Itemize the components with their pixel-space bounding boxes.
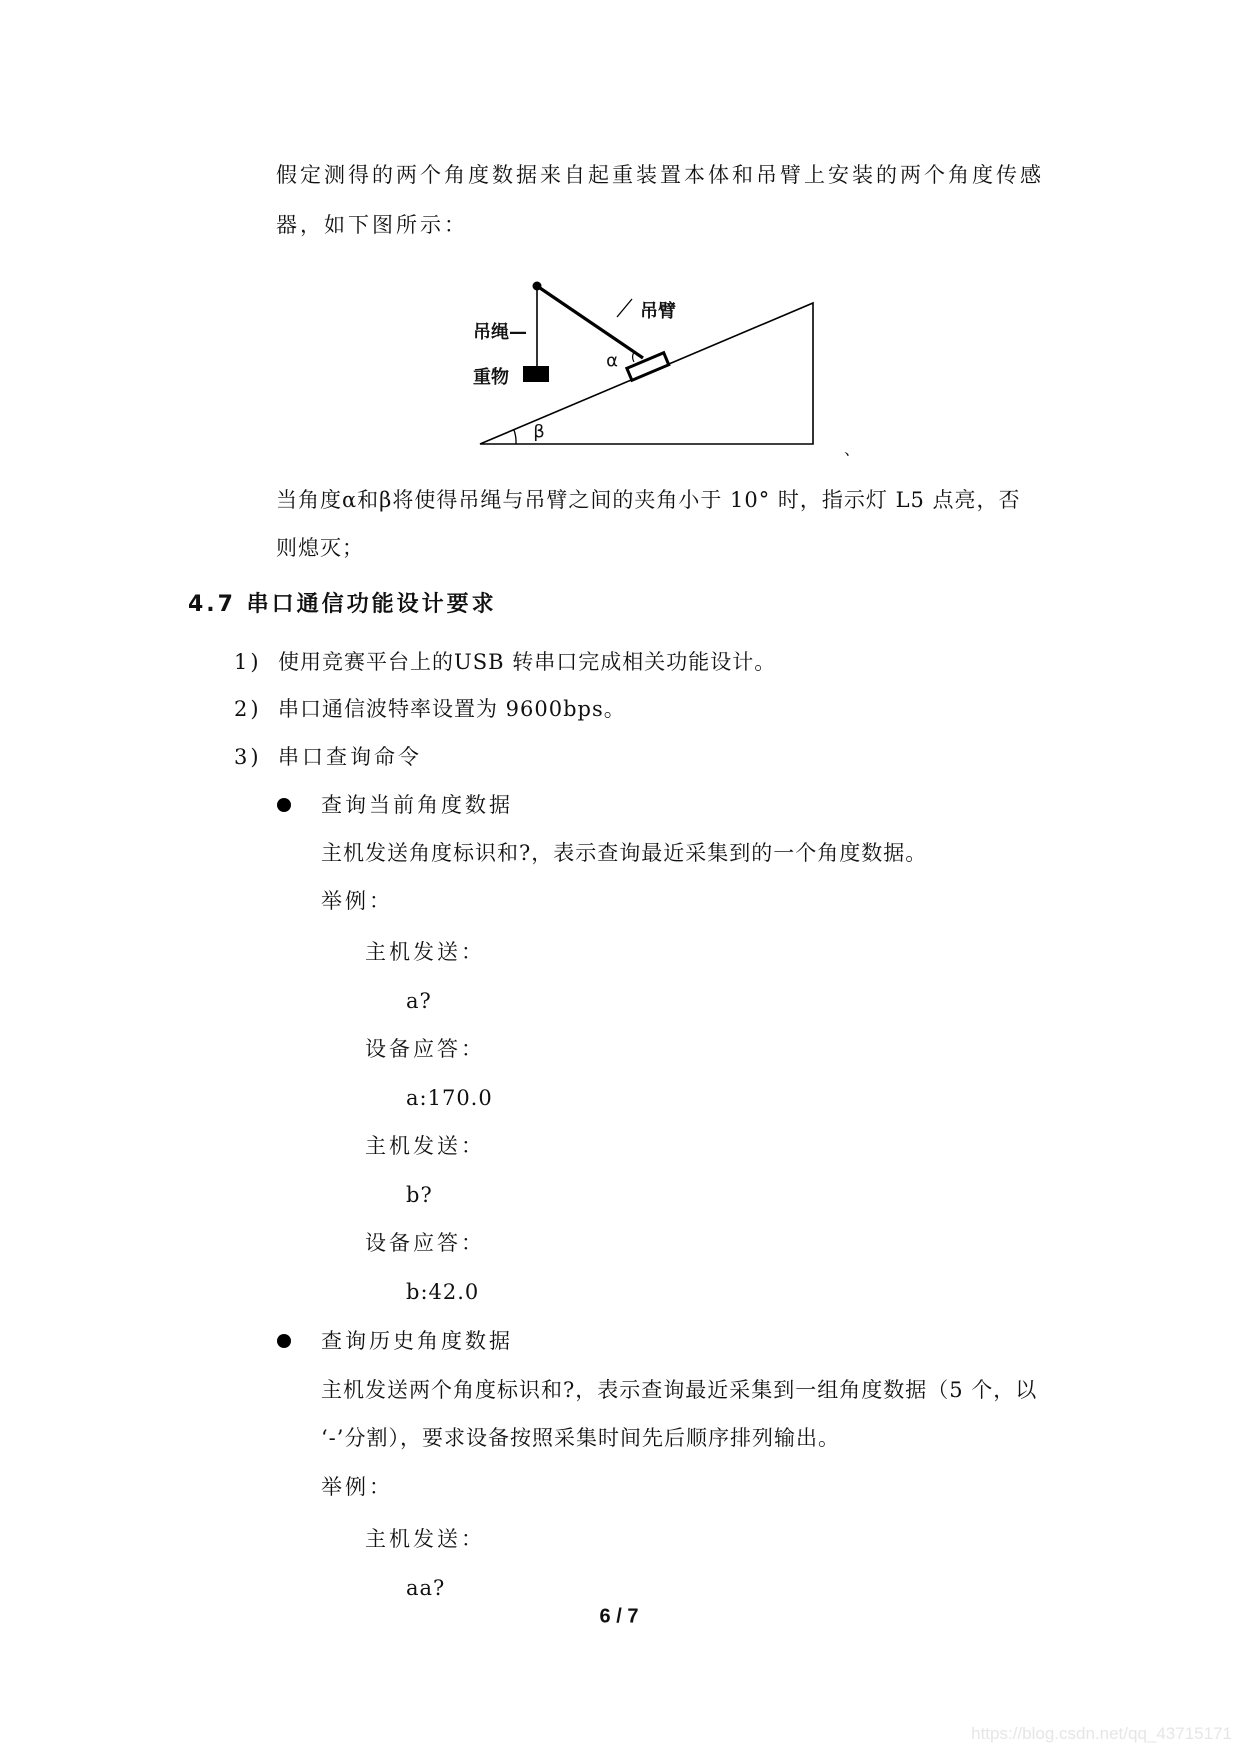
bullet-description: ‘-’分割），要求设备按照采集时间先后顺序排列输出。 [321,1424,840,1452]
condition-line-1: 当角度α和β将使得吊绳与吊臂之间的夹角小于 10° 时，指示灯 L5 点亮，否 [276,486,1021,514]
list-item-number: 2) [234,695,262,723]
bullet-dot-icon [277,1334,291,1348]
example-value: aa? [406,1574,445,1602]
section-heading: 4.7 串口通信功能设计要求 [188,591,497,619]
list-item-number: 1) [234,648,262,676]
example-label: 举例： [321,887,393,915]
bullet-dot-icon [277,798,291,812]
alpha-label: α [606,351,618,372]
beta-label: β [533,422,545,443]
crane-diagram: 吊臂 吊绳— 重物 α β 、 [0,0,1240,480]
bullet-title: 查询当前角度数据 [321,791,513,819]
page-number: 6 / 7 [600,1606,639,1629]
list-item-text: 串口查询命令 [278,743,422,771]
weight-block [523,366,549,382]
example-role: 设备应答： [365,1229,485,1257]
condition-line-2: 则熄灭； [276,534,364,562]
boom-line [537,286,643,358]
example-role: 主机发送： [365,1132,485,1160]
example-value: b? [406,1181,433,1209]
example-label: 举例： [321,1473,393,1501]
example-role: 主机发送： [365,1525,485,1553]
watermark: https://blog.csdn.net/qq_43715171 [971,1724,1232,1744]
bullet-description: 主机发送角度标识和?，表示查询最近采集到的一个角度数据。 [321,839,927,867]
example-role: 主机发送： [365,938,485,966]
example-value: b:42.0 [406,1278,479,1306]
alpha-arc [633,352,634,362]
weight-label: 重物 [473,363,509,389]
crane-diagram-svg [0,0,1240,480]
list-item-text: 使用竞赛平台上的USB 转串口完成相关功能设计。 [278,648,776,676]
boom-leader-line [617,299,632,317]
beta-arc [514,430,516,444]
bullet-title: 查询历史角度数据 [321,1327,513,1355]
example-value: a? [406,987,432,1015]
example-role: 设备应答： [365,1035,485,1063]
list-item-number: 3) [234,743,262,771]
boom-label: 吊臂 [640,297,676,323]
rope-label: 吊绳— [473,318,527,344]
stray-mark: 、 [844,437,860,460]
pivot-dot [533,282,542,291]
example-value: a:170.0 [406,1084,493,1112]
list-item-text: 串口通信波特率设置为 9600bps。 [278,695,626,723]
bullet-description: 主机发送两个角度标识和?，表示查询最近采集到一组角度数据（5 个，以 [321,1376,1037,1404]
